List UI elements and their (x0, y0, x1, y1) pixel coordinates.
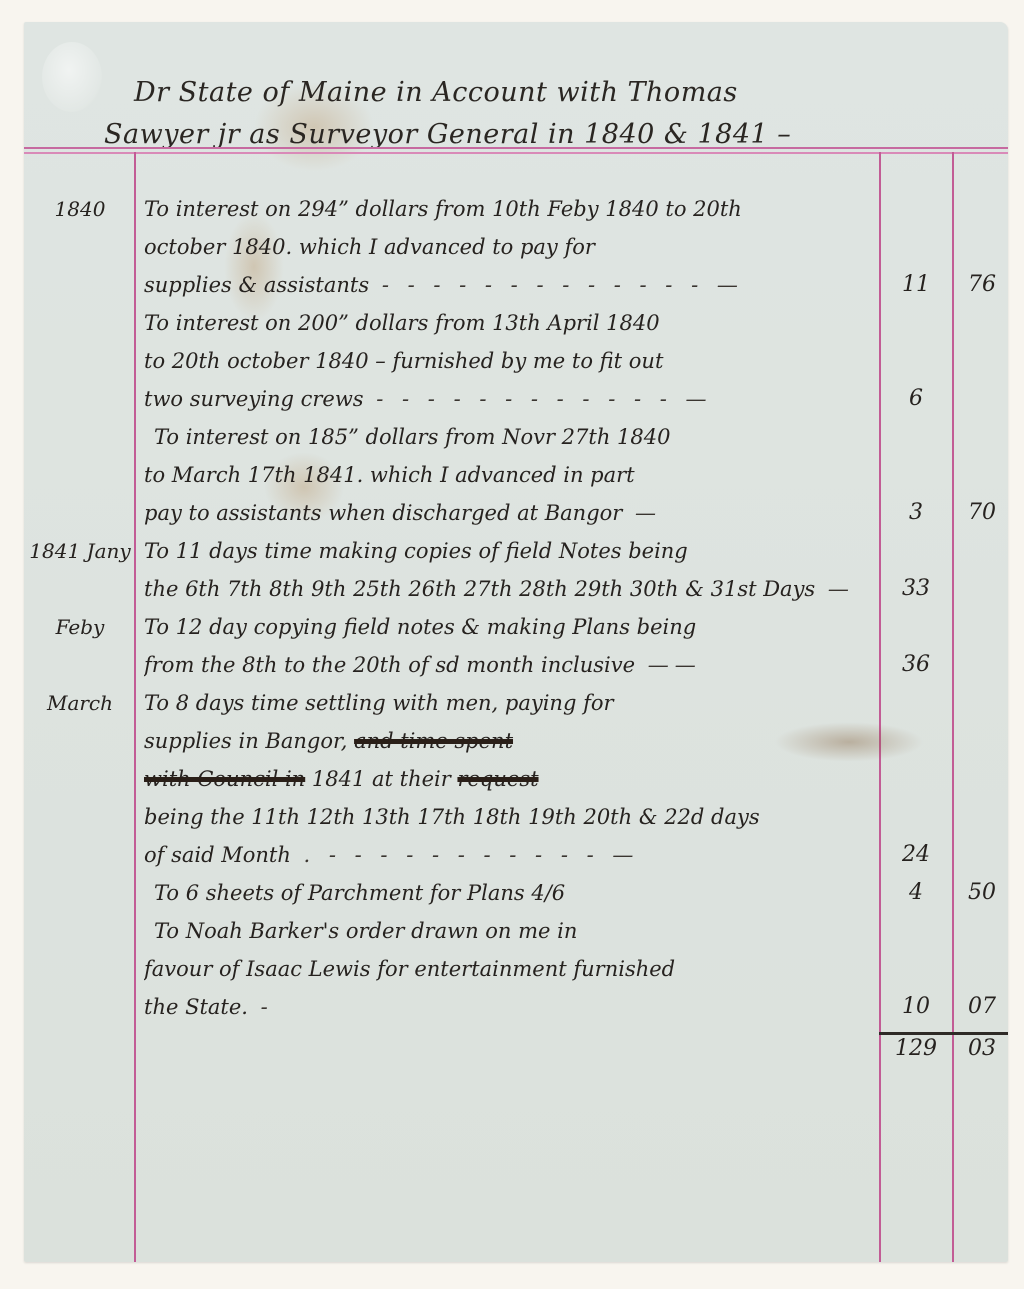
entry-cents: 70 (956, 494, 1008, 532)
entry-dollars: 10 (882, 988, 950, 1026)
entry-cents: 76 (956, 266, 1008, 304)
entry-line: To interest on 200” dollars from 13th Ap… (144, 304, 874, 342)
entry-line: To 8 days time settling with men, paying… (144, 684, 874, 722)
entry-cents: 07 (956, 988, 1008, 1026)
entry-line: two surveying crews - - - - - - - - - - … (144, 380, 874, 418)
entry-line: To 12 day copying field notes & making P… (144, 608, 874, 646)
entry-line: To interest on 185” dollars from Novr 27… (144, 418, 884, 456)
entry-date: 1840 (28, 190, 132, 228)
entry-date: March (28, 684, 132, 722)
ledger-paper: Dr State of Maine in Account with Thomas… (24, 22, 1008, 1262)
embossed-seal (42, 42, 102, 112)
entry-line: the State. - (144, 988, 874, 1026)
entry-line: To interest on 294” dollars from 10th Fe… (144, 190, 874, 228)
ledger-entries: 1840 To interest on 294” dollars from 10… (24, 190, 1008, 1068)
entry-line: to 20th october 1840 – furnished by me t… (144, 342, 874, 380)
entry-dollars: 24 (882, 836, 950, 874)
ledger-entry: March To 8 days time settling with men, … (24, 684, 1008, 874)
heading-line-1: Dr State of Maine in Account with Thomas (94, 72, 994, 114)
account-heading: Dr State of Maine in Account with Thomas… (94, 72, 994, 156)
ledger-entry: 1840 To interest on 294” dollars from 10… (24, 190, 1008, 304)
struck-text: with Council in (144, 767, 305, 791)
struck-text: and time spent (354, 729, 513, 753)
entry-line: of said Month . - - - - - - - - - - - — (144, 836, 874, 874)
entry-line: to March 17th 1841. which I advanced in … (144, 456, 874, 494)
entry-cents: 50 (956, 874, 1008, 912)
ledger-entry: To interest on 185” dollars from Novr 27… (24, 418, 1008, 532)
entry-dollars: 11 (882, 266, 950, 304)
entry-line: supplies in Bangor, and time spent (144, 722, 874, 760)
header-rule-top (24, 147, 1008, 149)
entry-line: october 1840. which I advanced to pay fo… (144, 228, 874, 266)
entry-dollars: 36 (882, 646, 950, 684)
entry-line: with Council in 1841 at their request (144, 760, 874, 798)
entry-line: favour of Isaac Lewis for entertainment … (144, 950, 874, 988)
ledger-total: 129 03 (24, 1030, 1008, 1068)
entry-line: from the 8th to the 20th of sd month inc… (144, 646, 874, 684)
ledger-entry: To Noah Barker's order drawn on me in fa… (24, 912, 1008, 1026)
entry-line: the 6th 7th 8th 9th 25th 26th 27th 28th … (144, 570, 874, 608)
ledger-entry: To 6 sheets of Parchment for Plans 4/6 4… (24, 874, 1008, 912)
ledger-entry: 1841 Jany To 11 days time making copies … (24, 532, 1008, 608)
header-rule-bottom (24, 152, 1008, 154)
ledger-entry: To interest on 200” dollars from 13th Ap… (24, 304, 1008, 418)
entry-line: To 11 days time making copies of field N… (144, 532, 874, 570)
entry-line: supplies & assistants - - - - - - - - - … (144, 266, 874, 304)
entry-line: To 6 sheets of Parchment for Plans 4/6 (144, 874, 884, 912)
entry-dollars: 3 (882, 494, 950, 532)
entry-date: Feby (28, 608, 132, 646)
entry-line: being the 11th 12th 13th 17th 18th 19th … (144, 798, 874, 836)
heading-line-2: Sawyer jr as Surveyor General in 1840 & … (94, 114, 994, 156)
entry-line: pay to assistants when discharged at Ban… (144, 494, 874, 532)
entry-dollars: 4 (882, 874, 950, 912)
ledger-entry: Feby To 12 day copying field notes & mak… (24, 608, 1008, 684)
entry-date: 1841 Jany (28, 532, 132, 570)
entry-dollars: 33 (882, 570, 950, 608)
total-dollars: 129 (882, 1030, 950, 1068)
total-cents: 03 (956, 1030, 1008, 1068)
entry-dollars: 6 (882, 380, 950, 418)
entry-line: To Noah Barker's order drawn on me in (144, 912, 884, 950)
